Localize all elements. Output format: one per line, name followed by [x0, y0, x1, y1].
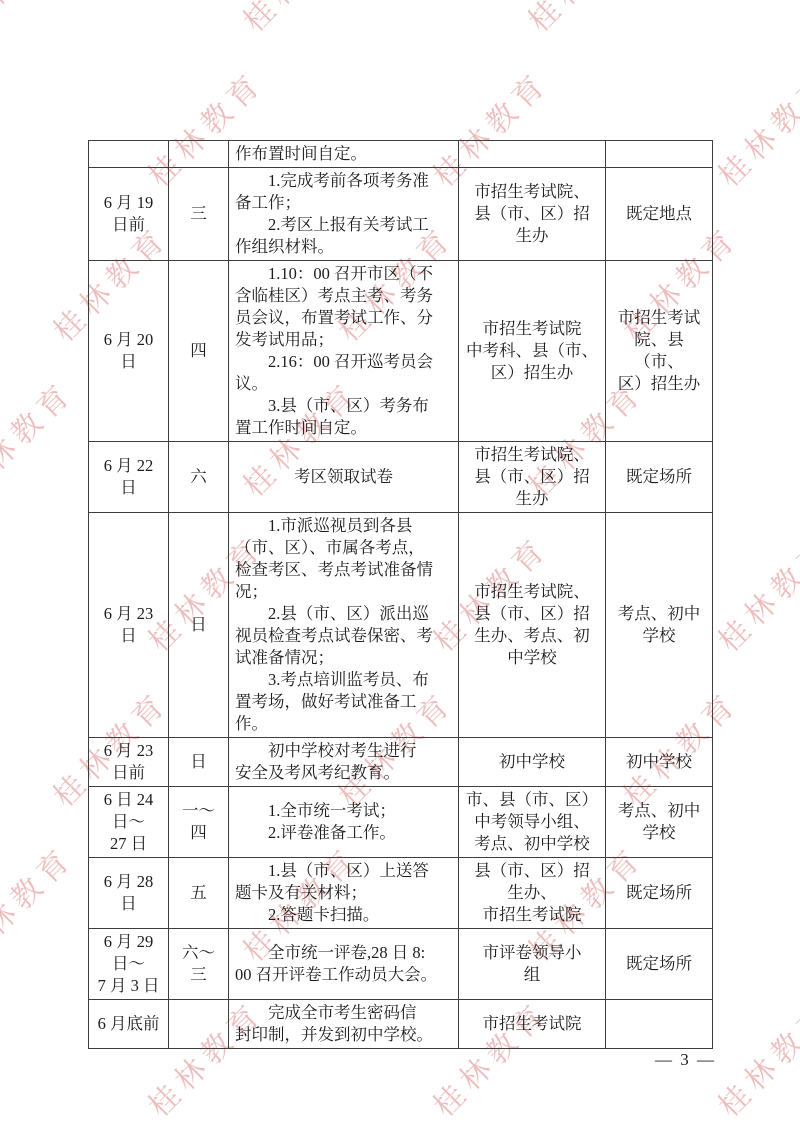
table-row: 作布置时间自定。: [89, 141, 713, 168]
cell-place: [606, 1000, 713, 1049]
cell-place: 考点、初中 学校: [606, 787, 713, 858]
cell-place: 既定场所: [606, 858, 713, 929]
cell-date: 6 月 22 日: [89, 442, 169, 513]
cell-weekday: 六: [169, 442, 229, 513]
cell-date: 6 日 24 日～ 27 日: [89, 787, 169, 858]
cell-unit: 市招生考试院、 县（市、区）招 生办: [459, 168, 606, 261]
cell-task: 1.完成考前各项考务准 备工作； 2.考区上报有关考试工 作组织材料。: [229, 168, 459, 261]
cell-task: 1.10：00 召开市区（不 含临桂区）考点主考、考务 员会议，布置考试工作、分…: [229, 261, 459, 442]
cell-place: 市招生考试 院、县（市、 区）招生办: [606, 261, 713, 442]
cell-unit: 市招生考试院: [459, 1000, 606, 1049]
cell-weekday: 日: [169, 738, 229, 787]
watermark-text: 桂林教育: [706, 524, 800, 660]
cell-date: 6 月 20 日: [89, 261, 169, 442]
cell-unit: 县（市、区）招 生办、 市招生考试院: [459, 858, 606, 929]
cell-place: [606, 141, 713, 168]
cell-date: 6 月 19 日前: [89, 168, 169, 261]
cell-unit: 市招生考试院、 县（市、区）招 生办: [459, 442, 606, 513]
cell-task: 考区领取试卷: [229, 442, 459, 513]
cell-weekday: [169, 141, 229, 168]
cell-task: 1.市派巡视员到各县 （市、区）、市属各考点， 检查考区、考点考试准备情 况； …: [229, 513, 459, 738]
cell-task: 全市统一评卷,28 日 8: 00 召开评卷工作动员大会。: [229, 929, 459, 1000]
table-row: 6 月 28 日五 1.县（市、区）上送答 题卡及有关材料； 2.答题卡扫描。县…: [89, 858, 713, 929]
cell-place: 既定地点: [606, 168, 713, 261]
table-row: 6 日 24 日～ 27 日一～ 四 1.全市统一考试； 2.评卷准备工作。市、…: [89, 787, 713, 858]
cell-date: 6 月 23 日前: [89, 738, 169, 787]
cell-unit: 市评卷领导小 组: [459, 929, 606, 1000]
cell-weekday: 四: [169, 261, 229, 442]
document-page: 桂林教育桂林教育桂林教育桂林教育桂林教育桂林教育桂林教育桂林教育桂林教育桂林教育…: [0, 0, 800, 1131]
cell-weekday: 一～ 四: [169, 787, 229, 858]
cell-task: 作布置时间自定。: [229, 141, 459, 168]
cell-date: 6 月 29 日～ 7 月 3 日: [89, 929, 169, 1000]
cell-weekday: 五: [169, 858, 229, 929]
cell-unit: 市招生考试院、 县（市、区）招 生办、考点、初 中学校: [459, 513, 606, 738]
cell-task: 完成全市考生密码信 封印制，并发到初中学校。: [229, 1000, 459, 1049]
table-row: 6 月 23 日日 1.市派巡视员到各县 （市、区）、市属各考点， 检查考区、考…: [89, 513, 713, 738]
table-row: 6 月 19 日前三 1.完成考前各项考务准 备工作； 2.考区上报有关考试工 …: [89, 168, 713, 261]
cell-date: 6 月 28 日: [89, 858, 169, 929]
cell-unit: 市招生考试院 中考科、县（市、 区）招生办: [459, 261, 606, 442]
watermark-text: 桂林教育: [516, 0, 652, 40]
cell-task: 1.全市统一考试； 2.评卷准备工作。: [229, 787, 459, 858]
cell-date: 6 月底前: [89, 1000, 169, 1049]
cell-weekday: 三: [169, 168, 229, 261]
cell-place: 考点、初中 学校: [606, 513, 713, 738]
cell-date: 6 月 23 日: [89, 513, 169, 738]
table-row: 6 月 23 日前日 初中学校对考生进行 安全及考风考纪教育。初中学校初中学校: [89, 738, 713, 787]
cell-place: 初中学校: [606, 738, 713, 787]
table-row: 6 月 22 日六考区领取试卷市招生考试院、 县（市、区）招 生办既定场所: [89, 442, 713, 513]
watermark-text: 桂林教育: [231, 0, 367, 40]
table-row: 6 月 20 日四 1.10：00 召开市区（不 含临桂区）考点主考、考务 员会…: [89, 261, 713, 442]
watermark-text: 桂林教育: [706, 989, 800, 1125]
cell-weekday: [169, 1000, 229, 1049]
cell-task: 初中学校对考生进行 安全及考风考纪教育。: [229, 738, 459, 787]
page-number: — 3 —: [655, 1050, 716, 1070]
cell-task: 1.县（市、区）上送答 题卡及有关材料； 2.答题卡扫描。: [229, 858, 459, 929]
cell-weekday: 日: [169, 513, 229, 738]
cell-place: 既定场所: [606, 929, 713, 1000]
watermark-text: 桂林教育: [0, 834, 82, 970]
cell-place: 既定场所: [606, 442, 713, 513]
watermark-text: 桂林教育: [706, 59, 800, 195]
cell-date: [89, 141, 169, 168]
watermark-text: 桂林教育: [0, 0, 82, 40]
cell-weekday: 六～ 三: [169, 929, 229, 1000]
cell-unit: 初中学校: [459, 738, 606, 787]
table-row: 6 月底前 完成全市考生密码信 封印制，并发到初中学校。市招生考试院: [89, 1000, 713, 1049]
watermark-text: 桂林教育: [0, 369, 82, 505]
cell-unit: 市、县（市、区） 中考领导小组、 考点、初中学校: [459, 787, 606, 858]
cell-unit: [459, 141, 606, 168]
schedule-table: 作布置时间自定。6 月 19 日前三 1.完成考前各项考务准 备工作； 2.考区…: [88, 140, 713, 1049]
table-row: 6 月 29 日～ 7 月 3 日六～ 三 全市统一评卷,28 日 8: 00 …: [89, 929, 713, 1000]
